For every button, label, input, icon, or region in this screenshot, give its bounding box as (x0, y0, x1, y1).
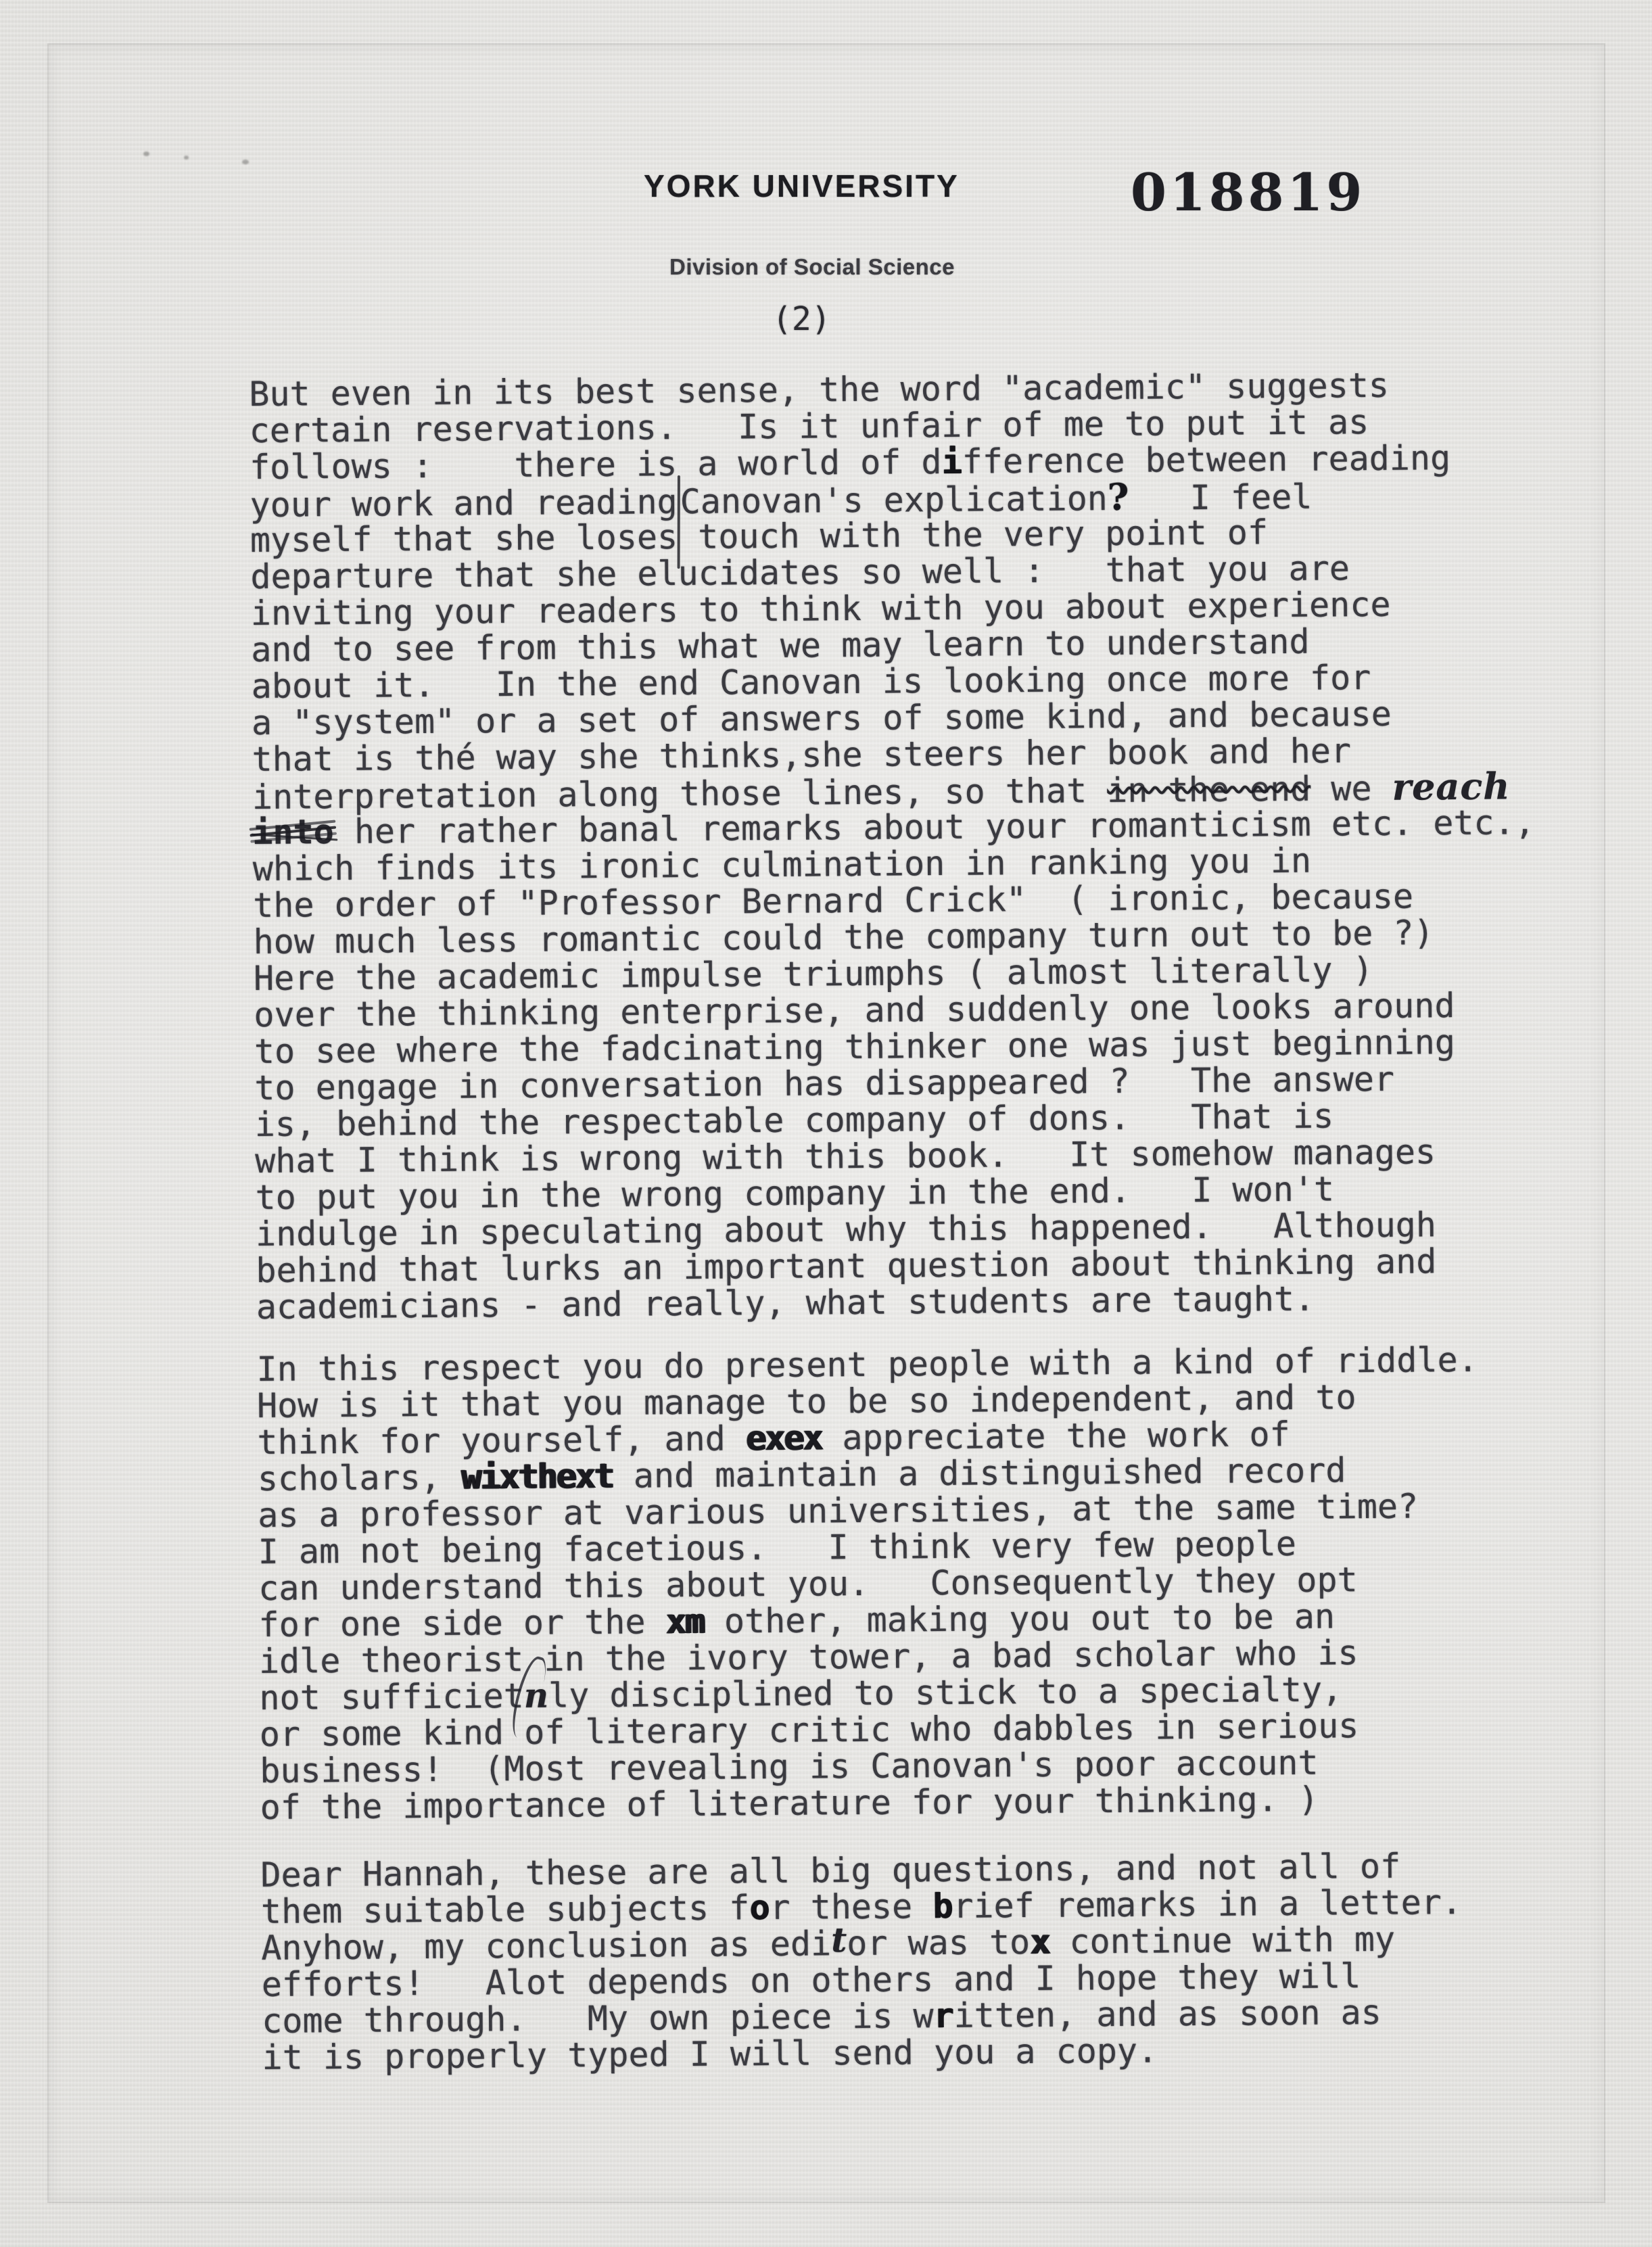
handwritten-inserted-letter: t (831, 1920, 847, 1960)
page-number: (2) (772, 300, 831, 338)
letterhead-university: YORK UNIVERSITY (644, 168, 960, 204)
letter-paragraph: In this respect you do present people wi… (256, 1341, 1517, 1826)
typed-text: for one side or the (258, 1602, 665, 1645)
overstruck-character: o (749, 1888, 770, 1927)
handwritten-inserted-letter: n (523, 1676, 548, 1716)
typed-line: academicians - and really, what students… (256, 1279, 1514, 1325)
overstruck-character: r (933, 1996, 954, 2035)
typed-text: follows : there is a world of d (250, 442, 942, 487)
paper-speck (184, 156, 189, 160)
typed-text: or was to (847, 1922, 1030, 1963)
typed-text: continue with my (1049, 1920, 1395, 1962)
letter-paragraph: But even in its best sense, the word "ac… (249, 366, 1514, 1325)
typed-over-deletion: wixthext (461, 1457, 613, 1497)
typed-text: I feel (1129, 477, 1312, 518)
handwritten-word: reach (1392, 764, 1510, 808)
scribbled-out-word: into (252, 812, 334, 852)
typed-over-deletion: x (1030, 1922, 1049, 1962)
typed-text: scholars, (258, 1458, 461, 1498)
typed-text: we (1311, 769, 1392, 809)
typed-over-deletion: exex (746, 1418, 822, 1458)
letter-paragraph: Dear Hannah, these are all big questions… (260, 1847, 1519, 2076)
typed-text: r these (770, 1887, 933, 1927)
scanned-letter-page: { "header": { "university": "YORK UNIVER… (0, 0, 1652, 2247)
handwritten-question-mark: ? (1108, 475, 1129, 519)
typed-text: not sufficiet (259, 1676, 524, 1718)
typed-line: of the importance of literature for your… (260, 1779, 1517, 1826)
typed-letter-body: But even in its best sense, the word "ac… (249, 366, 1520, 2076)
typed-text: itten, and as soon as (953, 1993, 1382, 2035)
paper-speck (242, 160, 249, 164)
overstruck-character: b (933, 1887, 953, 1926)
stamp-number: 018819 (1131, 162, 1365, 222)
typed-over-deletion: xm (665, 1602, 704, 1641)
typed-text: fference between reading (962, 438, 1450, 481)
letterhead-division: Division of Social Science (669, 254, 955, 280)
handwritten-word-crossed-out: in the end (1107, 770, 1311, 810)
typed-text: it is properly typed I will send you a c… (262, 2031, 1158, 2077)
typed-text: of the importance of literature for your… (260, 1780, 1319, 1827)
overstruck-character: i (941, 442, 962, 481)
typed-text: academicians - and really, what students… (256, 1279, 1315, 1327)
paper-speck (143, 151, 149, 156)
pen-insertion-mark (677, 486, 680, 513)
